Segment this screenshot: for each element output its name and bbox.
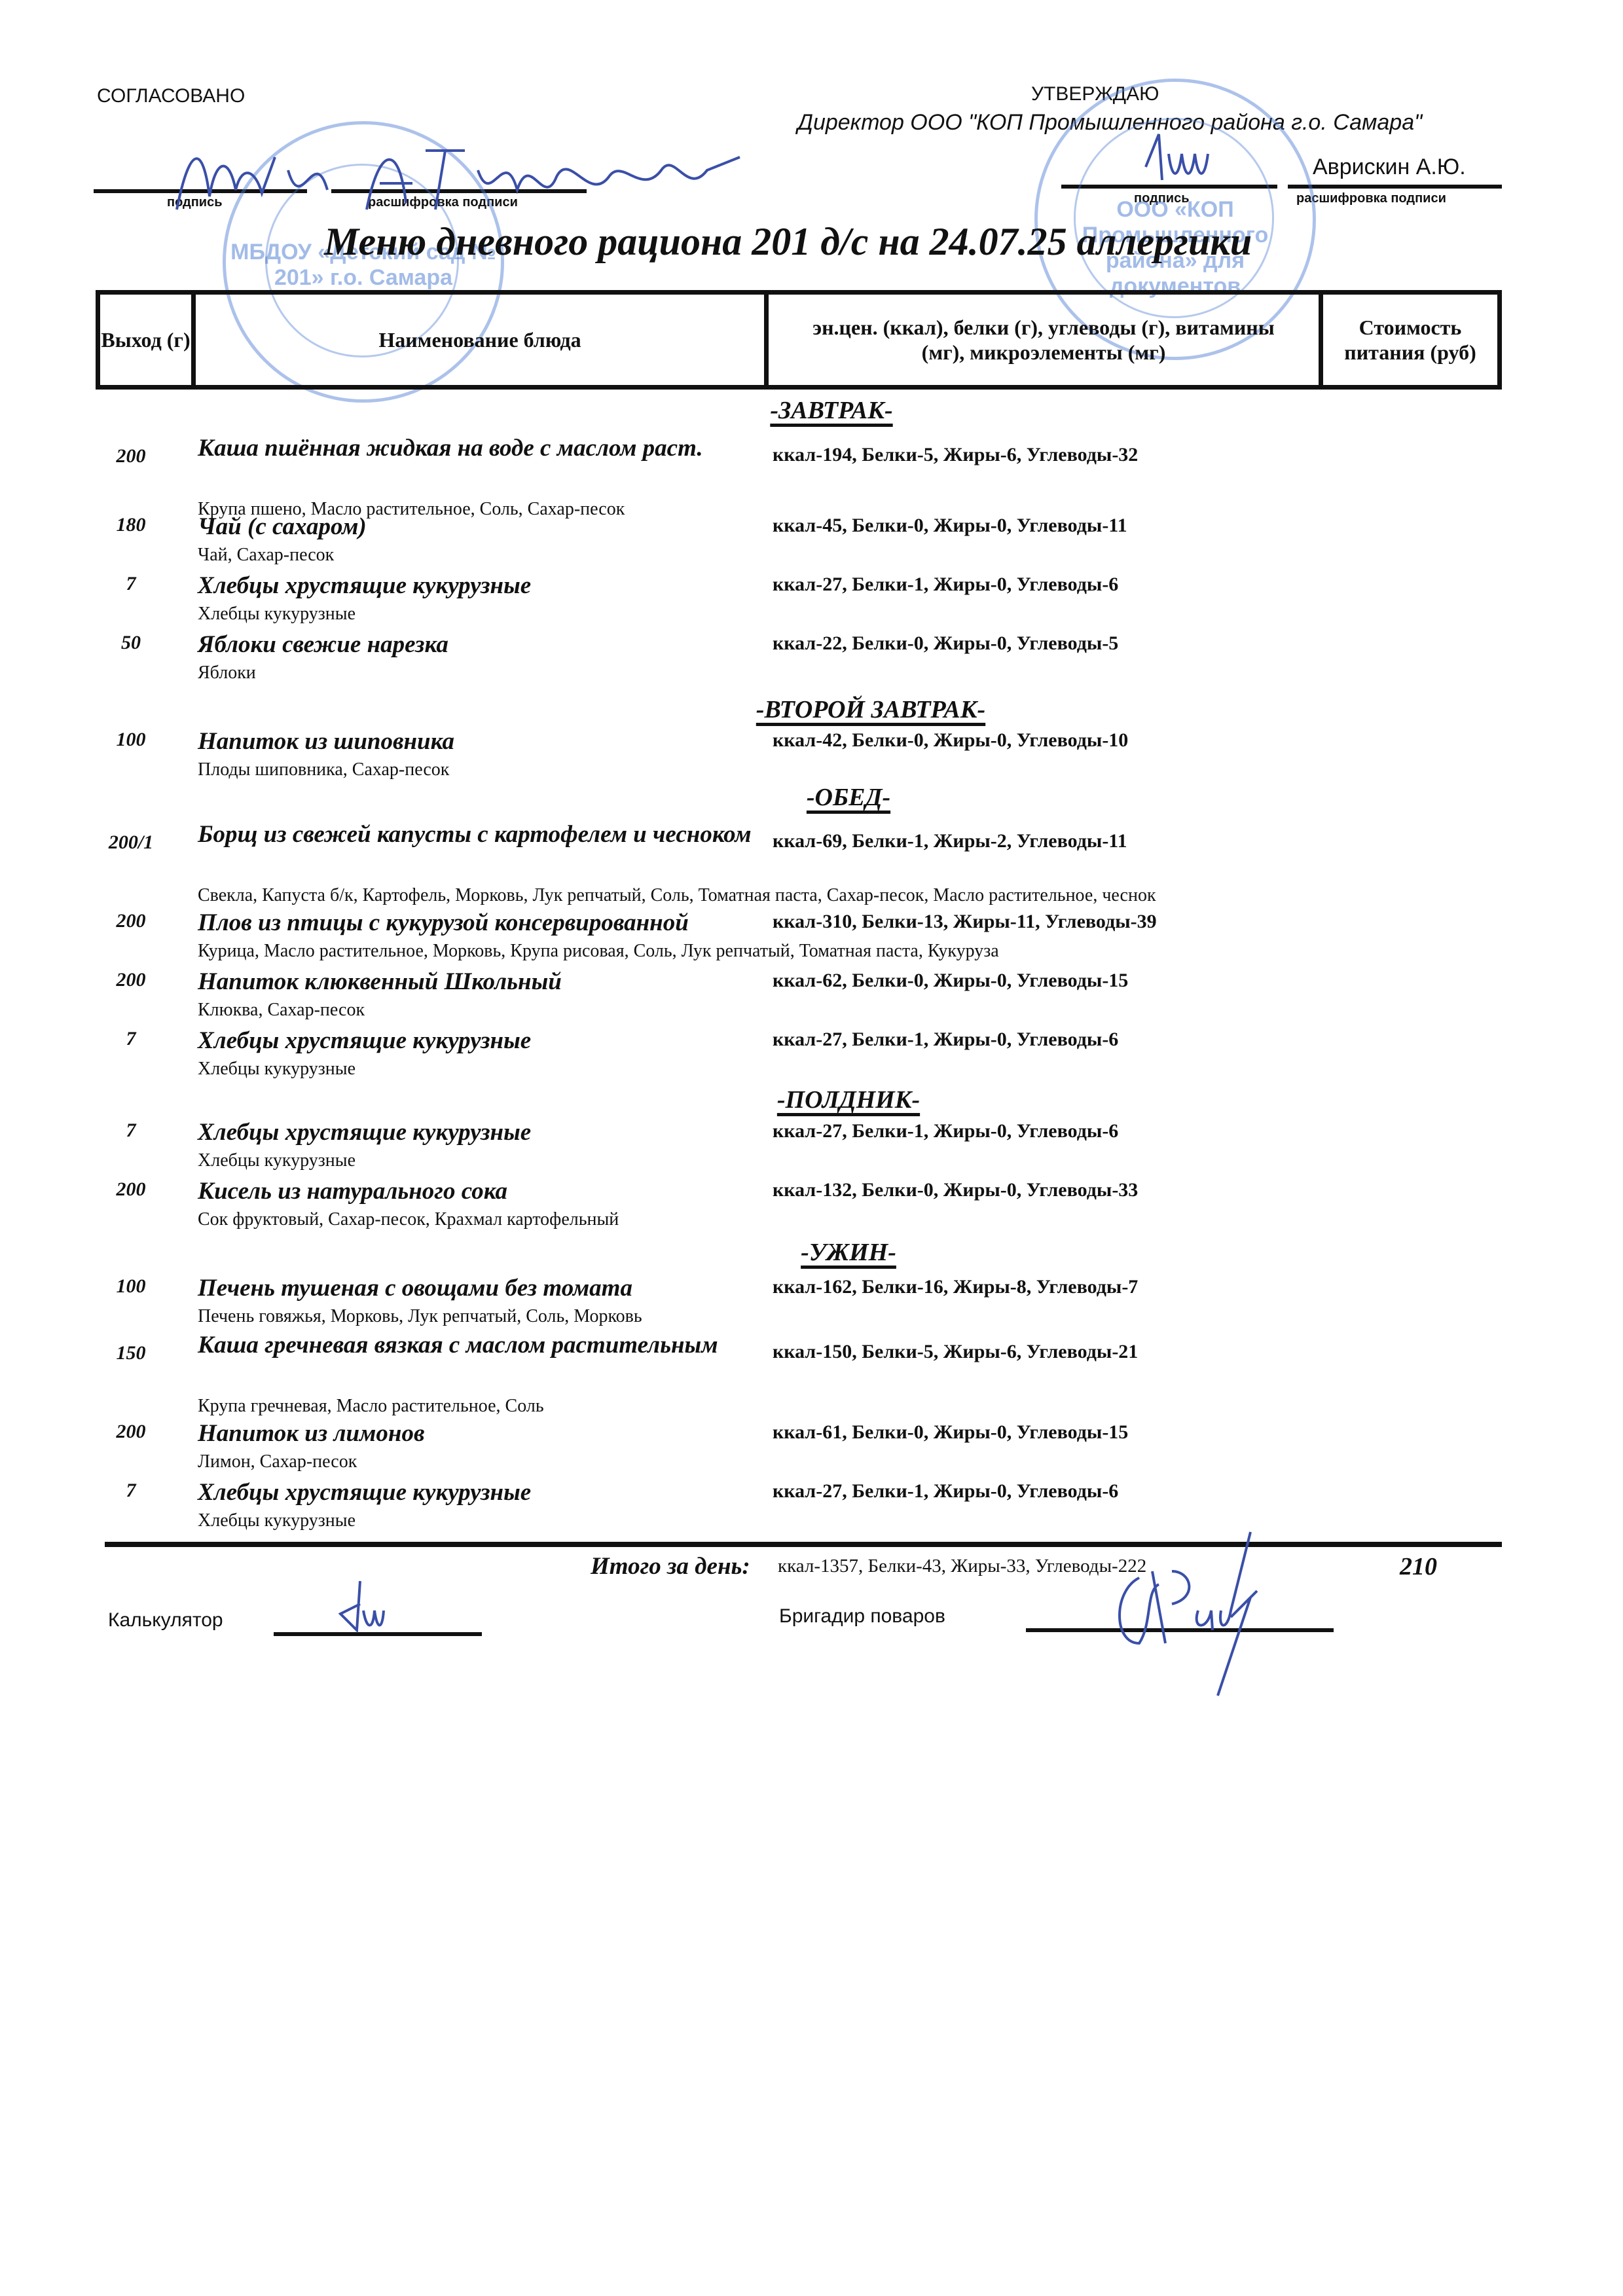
dish-name: Напиток из шиповника — [198, 725, 774, 758]
dish-ingredients: Яблоки — [198, 663, 256, 683]
dish-name: Печень тушеная с овощами без томата — [198, 1272, 774, 1305]
total-nutrition: ккал-1357, Белки-43, Жиры-33, Углеводы-2… — [778, 1556, 1146, 1577]
dish-weight: 200 — [98, 969, 164, 991]
dish-ingredients: Клюква, Сахар-песок — [198, 1000, 365, 1021]
dish-ingredients: Сок фруктовый, Сахар-песок, Крахмал карт… — [198, 1209, 619, 1230]
dish-name: Хлебцы хрустящие кукурузные — [198, 1476, 774, 1509]
dish-name: Хлебцы хрустящие кукурузные — [198, 1116, 774, 1149]
dish-name: Напиток клюквенный Школьный — [198, 966, 774, 998]
dish-weight: 100 — [98, 1275, 164, 1298]
section-title: -ОБЕД- — [807, 783, 890, 812]
dish-ingredients: Плоды шиповника, Сахар-песок — [198, 759, 449, 780]
section-title: -УЖИН- — [801, 1238, 896, 1267]
dish-ingredients: Чай, Сахар-песок — [198, 545, 334, 566]
dish-name: Чай (с сахаром) — [198, 511, 774, 543]
calculator-label: Калькулятор — [108, 1609, 223, 1631]
dish-nutrition: ккал-194, Белки-5, Жиры-6, Углеводы-32 — [773, 444, 1138, 466]
dish-name: Борщ из свежей капусты с картофелем и че… — [198, 818, 774, 851]
dish-nutrition: ккал-27, Белки-1, Жиры-0, Углеводы-6 — [773, 574, 1118, 596]
dish-nutrition: ккал-27, Белки-1, Жиры-0, Углеводы-6 — [773, 1120, 1118, 1142]
dish-name: Каша гречневая вязкая с маслом раститель… — [198, 1329, 774, 1362]
col-dish-header: Наименование блюда — [196, 295, 769, 385]
dish-weight: 7 — [98, 1480, 164, 1502]
dish-nutrition: ккал-150, Белки-5, Жиры-6, Углеводы-21 — [773, 1341, 1138, 1363]
dish-weight: 200/1 — [98, 831, 164, 854]
dish-name: Хлебцы хрустящие кукурузные — [198, 1025, 774, 1057]
dish-name: Кисель из натурального сока — [198, 1175, 774, 1208]
total-label: Итого за день: — [591, 1552, 750, 1580]
dish-ingredients: Хлебцы кукурузные — [198, 1150, 356, 1171]
dish-nutrition: ккал-22, Белки-0, Жиры-0, Углеводы-5 — [773, 632, 1118, 655]
col-weight-header: Выход (г) — [100, 295, 196, 385]
dish-nutrition: ккал-310, Белки-13, Жиры-11, Углеводы-39 — [773, 911, 1157, 933]
dish-weight: 200 — [98, 1421, 164, 1443]
chef-handwritten-signature — [1100, 1532, 1296, 1702]
dish-name: Напиток из лимонов — [198, 1417, 774, 1450]
calculator-handwritten-signature — [327, 1578, 399, 1637]
total-cost: 210 — [1400, 1552, 1437, 1581]
dish-weight: 200 — [98, 910, 164, 932]
dish-weight: 200 — [98, 1178, 164, 1201]
dish-ingredients: Крупа гречневая, Масло растительное, Сол… — [198, 1396, 544, 1417]
dish-nutrition: ккал-132, Белки-0, Жиры-0, Углеводы-33 — [773, 1179, 1138, 1201]
section-title: -ВТОРОЙ ЗАВТРАК- — [756, 695, 985, 724]
dish-nutrition: ккал-45, Белки-0, Жиры-0, Углеводы-11 — [773, 515, 1127, 537]
dish-ingredients: Печень говяжья, Морковь, Лук репчатый, С… — [198, 1306, 642, 1327]
director-position: Директор ООО "КОП Промышленного района г… — [797, 110, 1422, 136]
dish-nutrition: ккал-27, Белки-1, Жиры-0, Углеводы-6 — [773, 1029, 1118, 1051]
dish-weight: 150 — [98, 1342, 164, 1364]
dish-name: Яблоки свежие нарезка — [198, 629, 774, 661]
dish-weight: 100 — [98, 729, 164, 751]
dish-nutrition: ккал-62, Белки-0, Жиры-0, Углеводы-15 — [773, 970, 1128, 992]
dish-ingredients: Хлебцы кукурузные — [198, 1059, 356, 1080]
dish-weight: 200 — [98, 445, 164, 467]
approved-by-label: СОГЛАСОВАНО — [97, 85, 245, 107]
right-signature-caption: подпись — [1134, 191, 1190, 206]
table-header: Выход (г) Наименование блюда эн.цен. (кк… — [96, 290, 1502, 390]
section-title: -ЗАВТРАК- — [770, 396, 892, 425]
col-nutrition-header: эн.цен. (ккал), белки (г), углеводы (г),… — [769, 295, 1323, 385]
col-cost-header: Стоимость питания (руб) — [1323, 295, 1497, 385]
dish-name: Хлебцы хрустящие кукурузные — [198, 570, 774, 602]
dish-weight: 180 — [98, 514, 164, 536]
dish-ingredients: Хлебцы кукурузные — [198, 604, 356, 625]
chef-label: Бригадир поваров — [779, 1605, 945, 1628]
section-title: -ПОЛДНИК- — [777, 1085, 920, 1114]
dish-weight: 7 — [98, 573, 164, 595]
approve-label: УТВЕРЖДАЮ — [1031, 83, 1159, 105]
dish-weight: 7 — [98, 1120, 164, 1142]
right-handwritten-signature — [1133, 128, 1224, 193]
dish-ingredients: Курица, Масло растительное, Морковь, Кру… — [198, 941, 999, 962]
dish-ingredients: Лимон, Сахар-песок — [198, 1451, 357, 1472]
page-title: Меню дневного рациона 201 д/с на 24.07.2… — [324, 219, 1252, 264]
dish-ingredients: Хлебцы кукурузные — [198, 1510, 356, 1531]
dish-name: Плов из птицы с кукурузой консервированн… — [198, 907, 774, 939]
dish-nutrition: ккал-61, Белки-0, Жиры-0, Углеводы-15 — [773, 1421, 1128, 1444]
dish-weight: 50 — [98, 632, 164, 654]
dish-nutrition: ккал-69, Белки-1, Жиры-2, Углеводы-11 — [773, 830, 1127, 852]
dish-ingredients: Свекла, Капуста б/к, Картофель, Морковь,… — [198, 885, 1156, 906]
right-name-line — [1288, 185, 1502, 189]
dish-nutrition: ккал-162, Белки-16, Жиры-8, Углеводы-7 — [773, 1276, 1138, 1298]
dish-weight: 7 — [98, 1028, 164, 1050]
dish-name: Каша пшённая жидкая на воде с маслом рас… — [198, 432, 774, 465]
right-name-caption: расшифровка подписи — [1296, 191, 1446, 206]
dish-nutrition: ккал-27, Белки-1, Жиры-0, Углеводы-6 — [773, 1480, 1118, 1503]
dish-nutrition: ккал-42, Белки-0, Жиры-0, Углеводы-10 — [773, 729, 1128, 752]
director-name: Аврискин А.Ю. — [1313, 155, 1466, 180]
